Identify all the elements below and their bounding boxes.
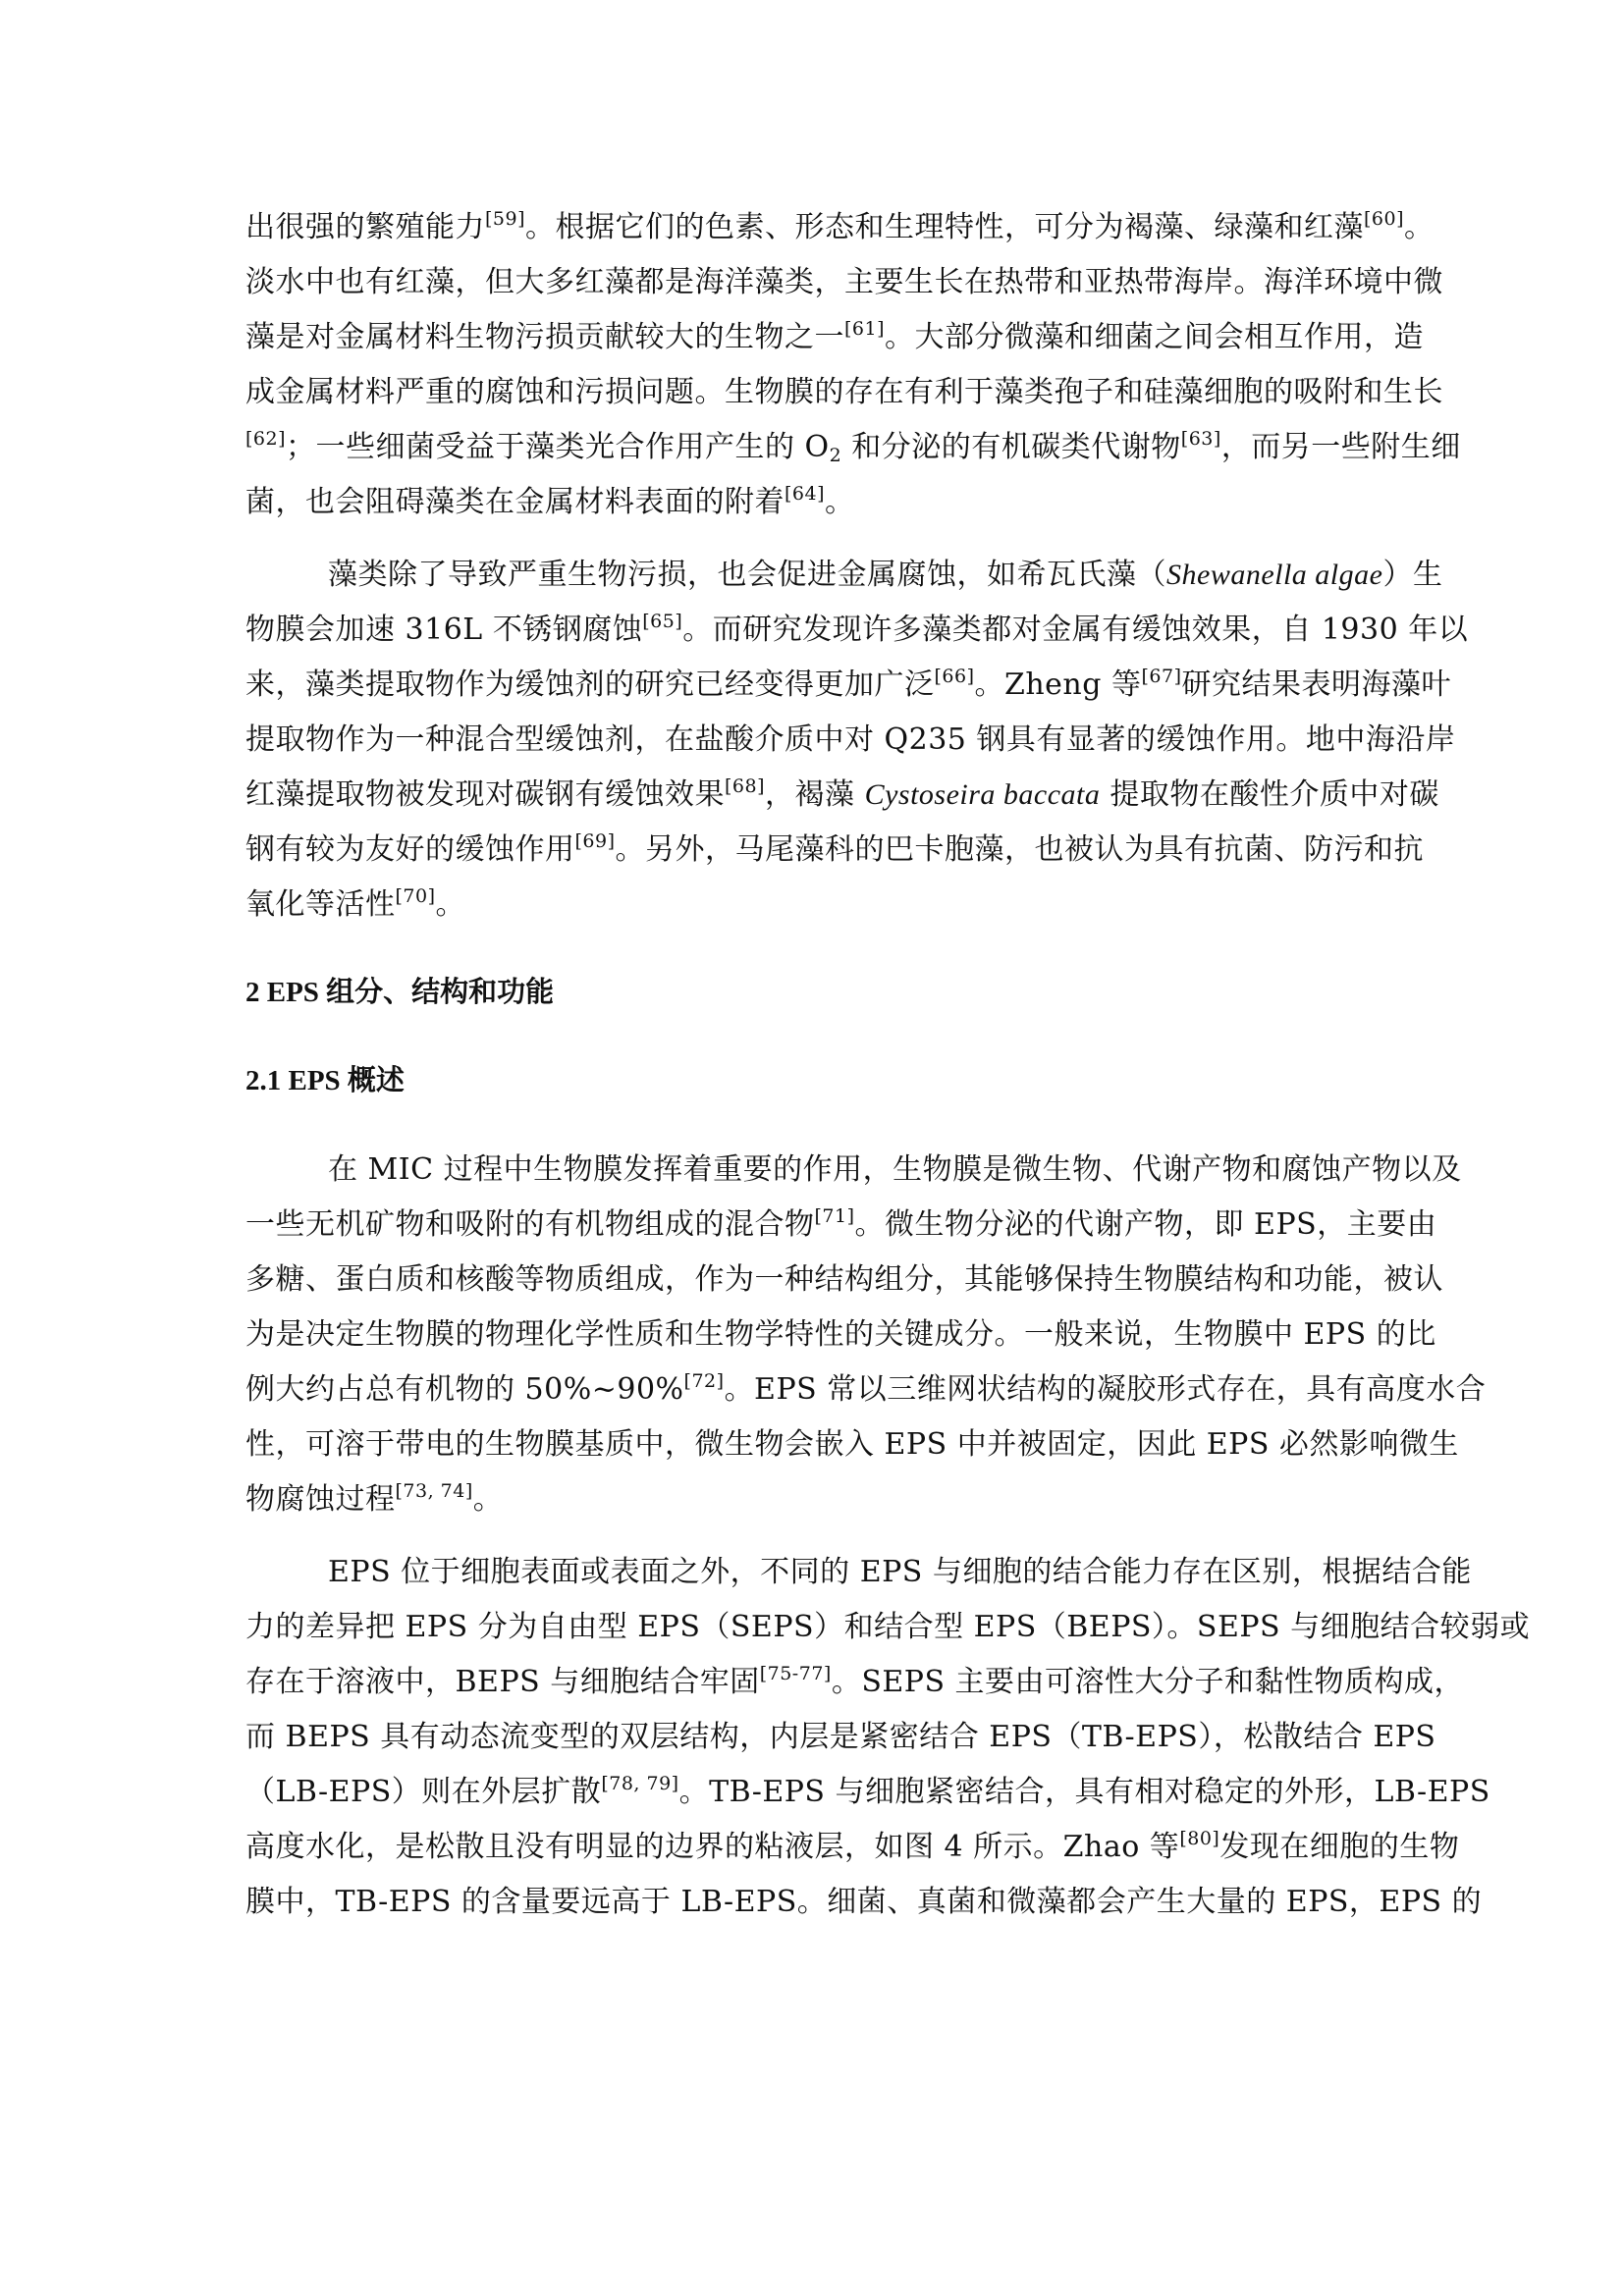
- text-run: （LB-EPS）则在外层扩散: [245, 1775, 601, 1809]
- citation: [66]: [935, 666, 975, 687]
- text-run: 研究结果表明海藻叶: [1182, 667, 1452, 702]
- citation: [65]: [642, 611, 682, 632]
- text-run: 。EPS 常以三维网状结构的凝胶形式存在，具有高度水合: [725, 1372, 1487, 1407]
- text-run: 藻类除了导致严重生物污损，也会促进金属腐蚀，如希瓦氏藻（: [328, 558, 1166, 592]
- citation: [71]: [815, 1205, 855, 1227]
- paragraph-1-line-4: 成金属材料严重的腐蚀和污损问题。生物膜的存在有利于藻类孢子和硅藻细胞的吸附和生长: [245, 369, 1394, 415]
- section-heading: 2 EPS 组分、结构和功能: [245, 970, 554, 1016]
- text-run: 物腐蚀过程: [245, 1482, 396, 1517]
- paragraph-1-line-3: 藻是对金属材料生物污损贡献较大的生物之一[61]。大部分微藻和细菌之间会相互作用…: [245, 314, 1394, 360]
- paragraph-1-line-2: 淡水中也有红藻，但大多红藻都是海洋藻类，主要生长在热带和亚热带海岸。海洋环境中微: [245, 259, 1394, 305]
- citation: [63]: [1181, 428, 1221, 450]
- text-run: 红藻提取物被发现对碳钢有缓蚀效果: [245, 777, 725, 812]
- text-run: 。根据它们的色素、形态和生理特性，可分为褐藻、绿藻和红藻: [525, 210, 1364, 244]
- paragraph-4-line-3: 存在于溶液中，BEPS 与细胞结合牢固[75-77]。SEPS 主要由可溶性大分…: [245, 1659, 1394, 1705]
- text-run: 。Zheng 等: [975, 667, 1142, 702]
- text-run: 。另外，马尾藻科的巴卡胞藻，也被认为具有抗菌、防污和抗: [616, 832, 1425, 867]
- text-run: 物膜会加速 316L 不锈钢腐蚀: [245, 613, 642, 647]
- subscript: 2: [830, 445, 842, 466]
- paragraph-1-line-1: 出很强的繁殖能力[59]。根据它们的色素、形态和生理特性，可分为褐藻、绿藻和红藻…: [245, 204, 1394, 250]
- paragraph-4-line-2: 力的差异把 EPS 分为自由型 EPS（SEPS）和结合型 EPS（BEPS）。…: [245, 1604, 1394, 1650]
- text-run: 一些无机矿物和吸附的有机物组成的混合物: [245, 1207, 815, 1242]
- citation: [67]: [1142, 666, 1182, 687]
- paragraph-3-line-3: 多糖、蛋白质和核酸等物质组成，作为一种结构组分，其能够保持生物膜结构和功能，被认: [245, 1256, 1394, 1303]
- text-run: 藻是对金属材料生物污损贡献较大的生物之一: [245, 320, 844, 354]
- text-run: 提取物在酸性介质中对碳: [1100, 777, 1439, 812]
- text-run: 发现在细胞的生物: [1219, 1830, 1459, 1864]
- paragraph-2-line-4: 提取物作为一种混合型缓蚀剂，在盐酸介质中对 Q235 钢具有显著的缓蚀作用。地中…: [245, 717, 1394, 763]
- species-name: Cystoseira baccata: [865, 778, 1101, 811]
- paragraph-2-line-6: 钢有较为友好的缓蚀作用[69]。另外，马尾藻科的巴卡胞藻，也被认为具有抗菌、防污…: [245, 827, 1394, 873]
- citation: [78, 79]: [601, 1773, 678, 1794]
- text-run: 例大约占总有机物的 50%~90%: [245, 1372, 684, 1407]
- paragraph-3-line-5: 例大约占总有机物的 50%~90%[72]。EPS 常以三维网状结构的凝胶形式存…: [245, 1366, 1394, 1413]
- text-run: 。: [1404, 210, 1435, 244]
- paragraph-4-line-1: EPS 位于细胞表面或表面之外，不同的 EPS 与细胞的结合能力存在区别，根据结…: [245, 1549, 1394, 1595]
- paragraph-4-line-4: 而 BEPS 具有动态流变型的双层结构，内层是紧密结合 EPS（TB-EPS），…: [245, 1714, 1394, 1760]
- citation: [68]: [725, 775, 765, 797]
- paragraph-2-line-3: 来，藻类提取物作为缓蚀剂的研究已经变得更加广泛[66]。Zheng 等[67]研…: [245, 662, 1394, 708]
- paragraph-3-line-6: 性，可溶于带电的生物膜基质中，微生物会嵌入 EPS 中并被固定，因此 EPS 必…: [245, 1421, 1394, 1468]
- text-run: 氧化等活性: [245, 887, 396, 922]
- paragraph-2-line-2: 物膜会加速 316L 不锈钢腐蚀[65]。而研究发现许多藻类都对金属有缓蚀效果，…: [245, 607, 1394, 653]
- citation: [73, 74]: [396, 1480, 473, 1502]
- citation: [69]: [575, 830, 616, 852]
- text-run: 和分泌的有机碳类代谢物: [841, 430, 1181, 464]
- paragraph-1-line-6: 菌，也会阻碍藻类在金属材料表面的附着[64]。: [245, 479, 1394, 525]
- paragraph-4-line-5: （LB-EPS）则在外层扩散[78, 79]。TB-EPS 与细胞紧密结合，具有…: [245, 1769, 1394, 1815]
- text-run: 。SEPS 主要由可溶性大分子和黏性物质构成，: [832, 1665, 1464, 1699]
- citation: [60]: [1364, 208, 1404, 230]
- text-run: 出很强的繁殖能力: [245, 210, 485, 244]
- text-run: 。微生物分泌的代谢产物，即 EPS，主要由: [855, 1207, 1437, 1242]
- text-run: 。: [473, 1482, 504, 1517]
- species-name: Shewanella algae: [1166, 559, 1382, 591]
- citation: [64]: [785, 483, 825, 505]
- paragraph-2-line-5: 红藻提取物被发现对碳钢有缓蚀效果[68]，褐藻 Cystoseira bacca…: [245, 772, 1394, 818]
- citation: [62]: [245, 428, 286, 450]
- text-run: 。TB-EPS 与细胞紧密结合，具有相对稳定的外形，LB-EPS: [679, 1775, 1490, 1809]
- paragraph-2-line-7: 氧化等活性[70]。: [245, 881, 1394, 928]
- text-run: 。: [825, 485, 855, 519]
- text-run: 。而研究发现许多藻类都对金属有缓蚀效果，自 1930 年以: [682, 613, 1468, 647]
- citation: [80]: [1179, 1828, 1219, 1849]
- citation: [70]: [396, 885, 436, 907]
- text-run: 钢有较为友好的缓蚀作用: [245, 832, 575, 867]
- paragraph-3-line-2: 一些无机矿物和吸附的有机物组成的混合物[71]。微生物分泌的代谢产物，即 EPS…: [245, 1201, 1394, 1248]
- paragraph-3-line-1: 在 MIC 过程中生物膜发挥着重要的作用，生物膜是微生物、代谢产物和腐蚀产物以及: [245, 1147, 1394, 1193]
- text-run: ）生: [1382, 558, 1442, 592]
- text-run: 高度水化，是松散且没有明显的边界的粘液层，如图 4 所示。Zhao 等: [245, 1830, 1179, 1864]
- paragraph-4-line-7: 膜中，TB-EPS 的含量要远高于 LB-EPS。细菌、真菌和微藻都会产生大量的…: [245, 1879, 1394, 1925]
- text-run: ，而另一些附生细: [1221, 430, 1461, 464]
- text-run: ；一些细菌受益于藻类光合作用产生的 O: [286, 430, 830, 464]
- text-run: 菌，也会阻碍藻类在金属材料表面的附着: [245, 485, 785, 519]
- paragraph-1-line-5: [62]；一些细菌受益于藻类光合作用产生的 O2 和分泌的有机碳类代谢物[63]…: [245, 424, 1394, 470]
- citation: [72]: [684, 1370, 725, 1392]
- citation: [61]: [844, 318, 885, 340]
- text-run: 。大部分微藻和细菌之间会相互作用，造: [885, 320, 1424, 354]
- text-run: 。: [436, 887, 466, 922]
- paragraph-3-line-7: 物腐蚀过程[73, 74]。: [245, 1476, 1394, 1522]
- text-run: 来，藻类提取物作为缓蚀剂的研究已经变得更加广泛: [245, 667, 935, 702]
- text-run: 存在于溶液中，BEPS 与细胞结合牢固: [245, 1665, 760, 1699]
- paragraph-2-line-1: 藻类除了导致严重生物污损，也会促进金属腐蚀，如希瓦氏藻（Shewanella a…: [245, 552, 1394, 598]
- citation: [59]: [485, 208, 525, 230]
- paragraph-3-line-4: 为是决定生物膜的物理化学性质和生物学特性的关键成分。一般来说，生物膜中 EPS …: [245, 1311, 1394, 1358]
- citation: [75-77]: [760, 1663, 832, 1684]
- text-run: ，褐藻: [765, 777, 865, 812]
- paragraph-4-line-6: 高度水化，是松散且没有明显的边界的粘液层，如图 4 所示。Zhao 等[80]发…: [245, 1824, 1394, 1870]
- subsection-heading: 2.1 EPS 概述: [245, 1058, 405, 1104]
